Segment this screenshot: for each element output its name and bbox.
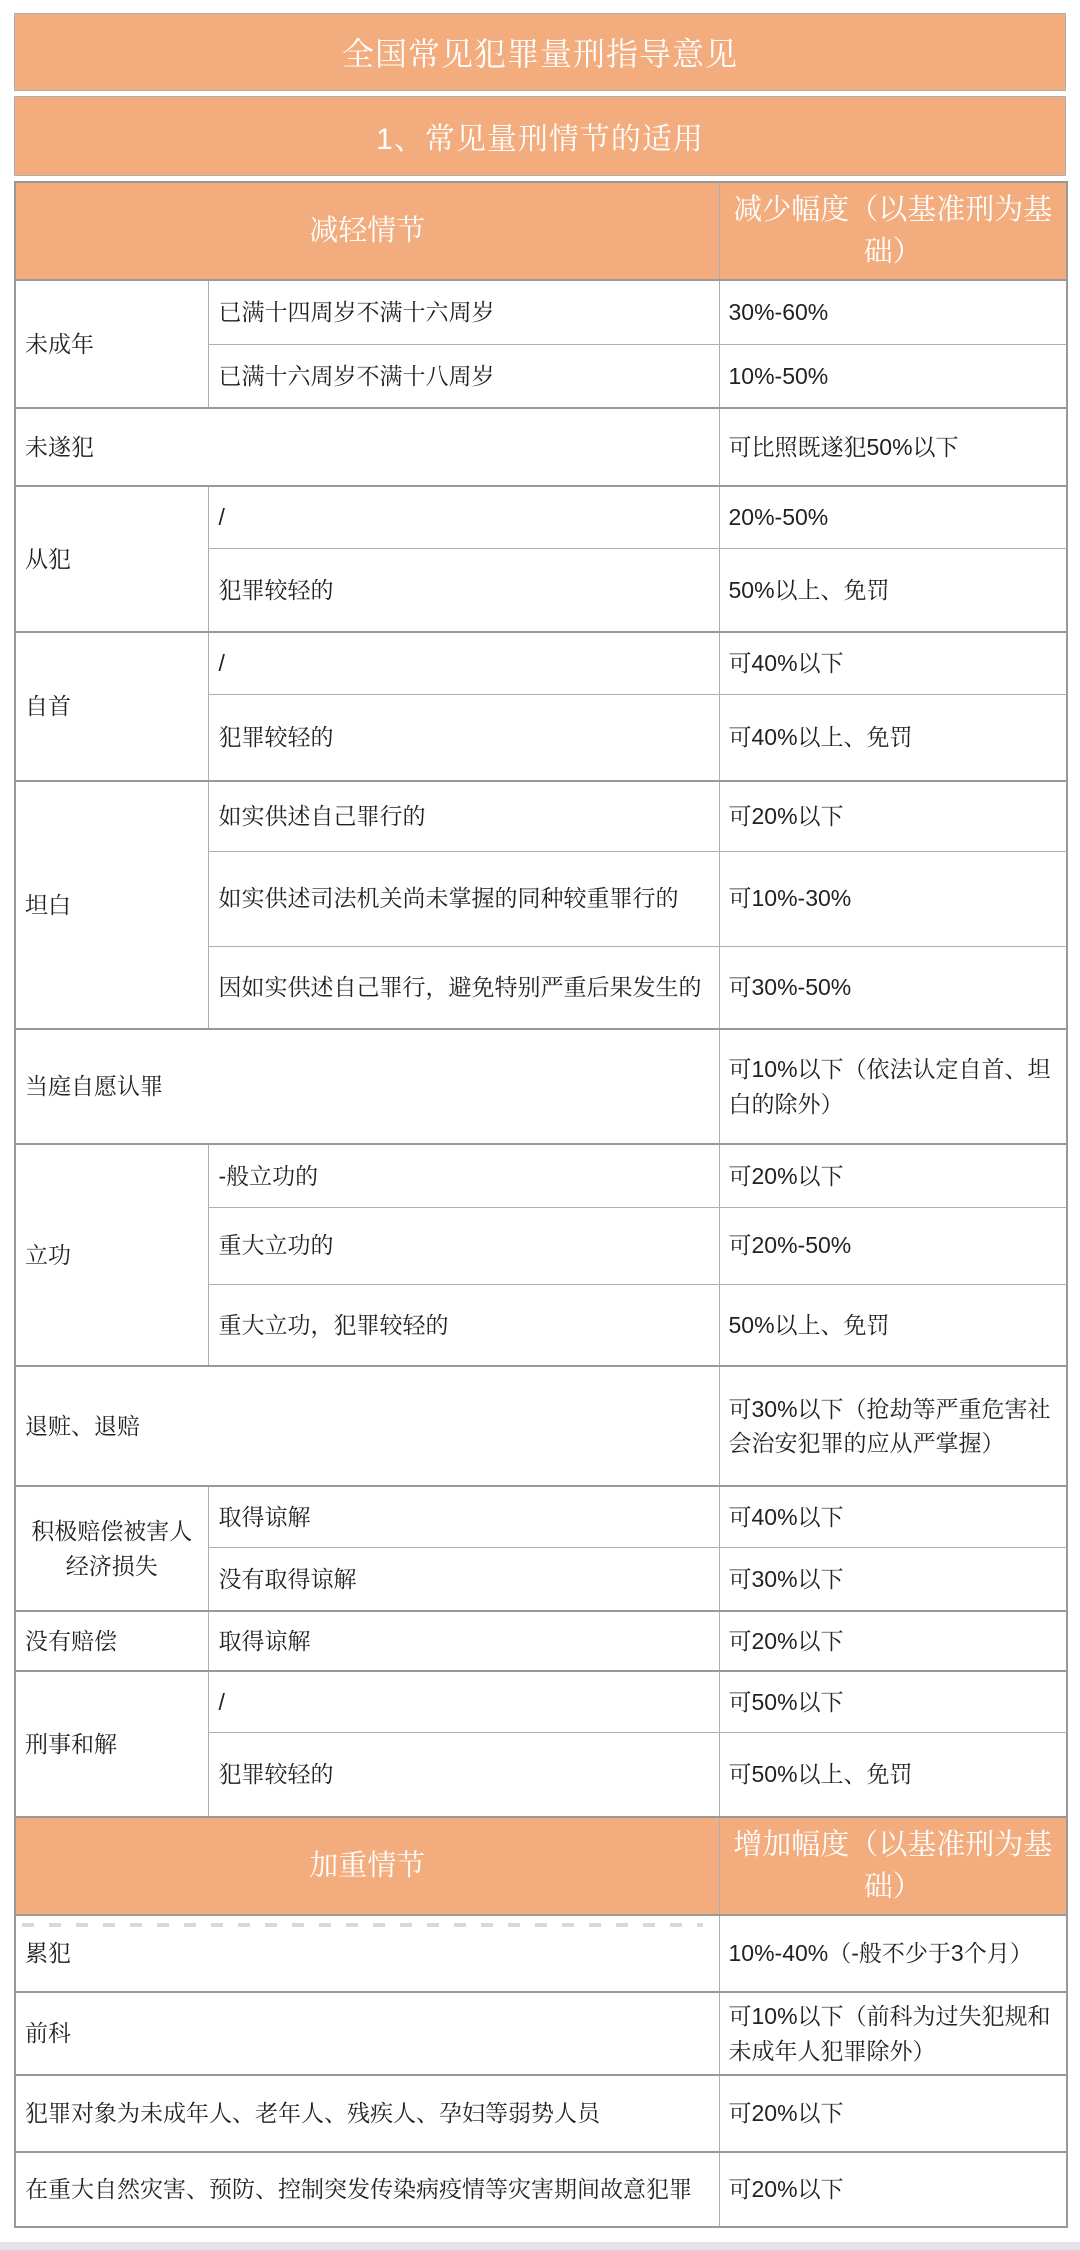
- bottom-edge-bar: [0, 2242, 1080, 2250]
- subcategory-cell: 因如实供述自己罪行，避免特别严重后果发生的: [208, 946, 719, 1029]
- value-cell: 可30%以下（抢劫等严重危害社会治安犯罪的应从严掌握）: [719, 1366, 1067, 1486]
- category-cell: 没有赔偿: [15, 1611, 208, 1671]
- table-row: 犯罪对象为未成年人、老年人、残疾人、孕妇等弱势人员 可20%以下: [15, 2075, 1067, 2152]
- mitigating-header-circumstance: 减轻情节: [15, 182, 719, 280]
- table-row: 刑事和解 / 可50%以下: [15, 1671, 1067, 1732]
- category-cell: 坦白: [15, 781, 208, 1029]
- value-cell: 50%以上、免罚: [719, 1284, 1067, 1366]
- subcategory-cell: 已满十四周岁不满十六周岁: [208, 280, 719, 344]
- value-cell: 可50%以下: [719, 1671, 1067, 1732]
- subcategory-cell: 没有取得谅解: [208, 1547, 719, 1611]
- category-cell: 犯罪对象为未成年人、老年人、残疾人、孕妇等弱势人员: [15, 2075, 719, 2152]
- category-cell: 立功: [15, 1144, 208, 1366]
- sentencing-guideline-page: 全国常见犯罪量刑指导意见 1、常见量刑情节的适用 减轻情节 减少幅度（以基准刑为…: [0, 0, 1080, 2250]
- aggravating-header-range: 增加幅度（以基准刑为基础）: [719, 1817, 1067, 1915]
- value-cell: 可50%以上、免罚: [719, 1732, 1067, 1817]
- value-cell: 可40%以下: [719, 1486, 1067, 1547]
- value-cell: 可20%以下: [719, 2152, 1067, 2227]
- value-cell: 可20%以下: [719, 2075, 1067, 2152]
- table-row: 积极赔偿被害人经济损失 取得谅解 可40%以下: [15, 1486, 1067, 1547]
- value-cell: 可20%-50%: [719, 1207, 1067, 1284]
- category-cell: 当庭自愿认罪: [15, 1029, 719, 1144]
- dashed-separator: [22, 1923, 703, 1927]
- value-cell: 可10%以下（前科为过失犯规和未成年人犯罪除外）: [719, 1992, 1067, 2075]
- value-cell: 10%-40%（-般不少于3个月）: [719, 1915, 1067, 1992]
- value-cell: 可比照既遂犯50%以下: [719, 408, 1067, 486]
- value-cell: 可10%以下（依法认定自首、坦白的除外）: [719, 1029, 1067, 1144]
- subcategory-cell: 犯罪较轻的: [208, 694, 719, 781]
- category-label: 累犯: [25, 1940, 71, 1966]
- table-row: 退赃、退赔 可30%以下（抢劫等严重危害社会治安犯罪的应从严掌握）: [15, 1366, 1067, 1486]
- table-row: 未成年 已满十四周岁不满十六周岁 30%-60%: [15, 280, 1067, 344]
- mitigating-header-range: 减少幅度（以基准刑为基础）: [719, 182, 1067, 280]
- subcategory-cell: 如实供述司法机关尚未掌握的同种较重罪行的: [208, 851, 719, 946]
- value-cell: 可20%以下: [719, 781, 1067, 851]
- document-title: 全国常见犯罪量刑指导意见: [14, 13, 1066, 91]
- value-cell: 可20%以下: [719, 1611, 1067, 1671]
- subcategory-cell: 如实供述自己罪行的: [208, 781, 719, 851]
- subcategory-cell: 已满十六周岁不满十八周岁: [208, 344, 719, 408]
- table-row: 坦白 如实供述自己罪行的 可20%以下: [15, 781, 1067, 851]
- category-cell: 从犯: [15, 486, 208, 632]
- sentencing-table: 减轻情节 减少幅度（以基准刑为基础） 未成年 已满十四周岁不满十六周岁 30%-…: [14, 181, 1068, 2228]
- value-cell: 可20%以下: [719, 1144, 1067, 1207]
- value-cell: 20%-50%: [719, 486, 1067, 548]
- category-cell: 未遂犯: [15, 408, 719, 486]
- subcategory-cell: 犯罪较轻的: [208, 1732, 719, 1817]
- table-row: 没有赔偿 取得谅解 可20%以下: [15, 1611, 1067, 1671]
- category-cell: 自首: [15, 632, 208, 781]
- table-row: 累犯 10%-40%（-般不少于3个月）: [15, 1915, 1067, 1992]
- table-row: 自首 / 可40%以下: [15, 632, 1067, 694]
- subcategory-cell: 犯罪较轻的: [208, 548, 719, 632]
- subcategory-cell: 重大立功的: [208, 1207, 719, 1284]
- table-row: 在重大自然灾害、预防、控制突发传染病疫情等灾害期间故意犯罪 可20%以下: [15, 2152, 1067, 2227]
- table-row: 立功 -般立功的 可20%以下: [15, 1144, 1067, 1207]
- category-cell: 前科: [15, 1992, 719, 2075]
- value-cell: 10%-50%: [719, 344, 1067, 408]
- subcategory-cell: /: [208, 486, 719, 548]
- value-cell: 可30%-50%: [719, 946, 1067, 1029]
- category-cell: 积极赔偿被害人经济损失: [15, 1486, 208, 1611]
- value-cell: 可40%以下: [719, 632, 1067, 694]
- subcategory-cell: 取得谅解: [208, 1486, 719, 1547]
- value-cell: 50%以上、免罚: [719, 548, 1067, 632]
- subcategory-cell: /: [208, 1671, 719, 1732]
- value-cell: 30%-60%: [719, 280, 1067, 344]
- category-cell: 累犯: [15, 1915, 719, 1992]
- value-cell: 可30%以下: [719, 1547, 1067, 1611]
- mitigating-header-row: 减轻情节 减少幅度（以基准刑为基础）: [15, 182, 1067, 280]
- table-row: 未遂犯 可比照既遂犯50%以下: [15, 408, 1067, 486]
- section-subtitle: 1、常见量刑情节的适用: [14, 96, 1066, 176]
- category-cell: 刑事和解: [15, 1671, 208, 1817]
- aggravating-header-row: 加重情节 增加幅度（以基准刑为基础）: [15, 1817, 1067, 1915]
- category-cell: 在重大自然灾害、预防、控制突发传染病疫情等灾害期间故意犯罪: [15, 2152, 719, 2227]
- aggravating-header-circumstance: 加重情节: [15, 1817, 719, 1915]
- table-row: 前科 可10%以下（前科为过失犯规和未成年人犯罪除外）: [15, 1992, 1067, 2075]
- value-cell: 可40%以上、免罚: [719, 694, 1067, 781]
- subcategory-cell: /: [208, 632, 719, 694]
- category-cell: 退赃、退赔: [15, 1366, 719, 1486]
- table-row: 从犯 / 20%-50%: [15, 486, 1067, 548]
- table-row: 当庭自愿认罪 可10%以下（依法认定自首、坦白的除外）: [15, 1029, 1067, 1144]
- subcategory-cell: -般立功的: [208, 1144, 719, 1207]
- subcategory-cell: 重大立功，犯罪较轻的: [208, 1284, 719, 1366]
- subcategory-cell: 取得谅解: [208, 1611, 719, 1671]
- category-cell: 未成年: [15, 280, 208, 408]
- value-cell: 可10%-30%: [719, 851, 1067, 946]
